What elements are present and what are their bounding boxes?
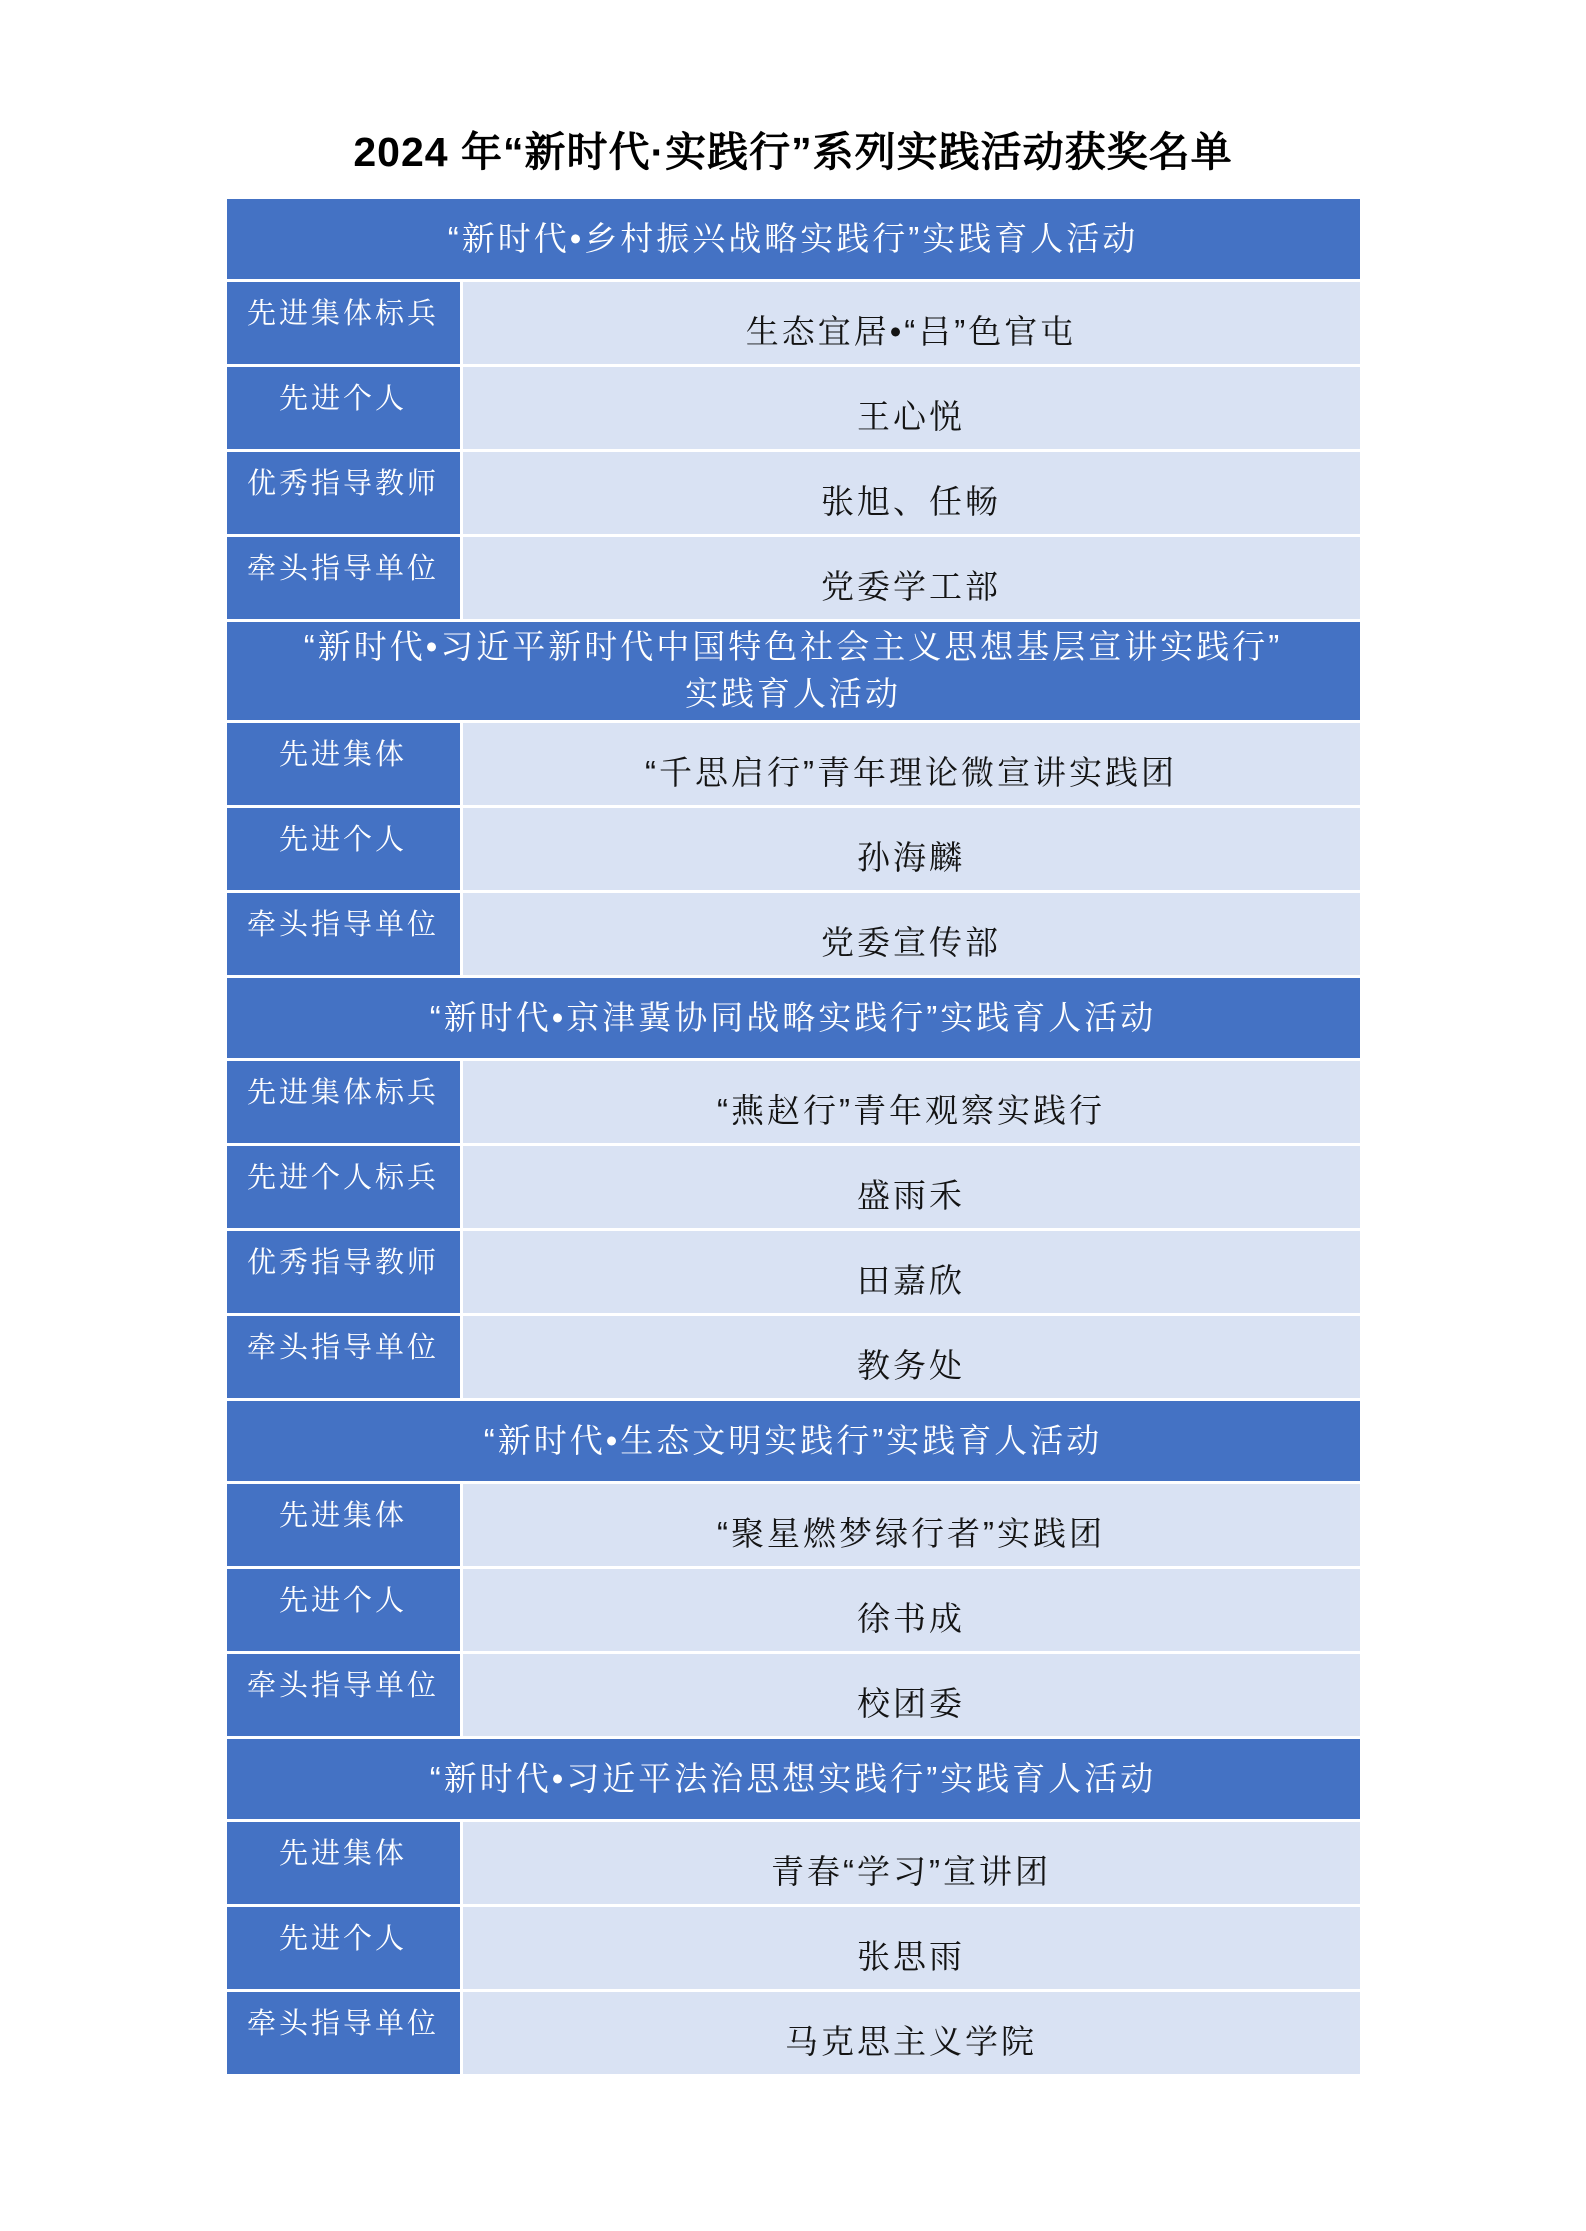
document-page: 2024 年“新时代·实践行”系列实践活动获奖名单 “新时代•乡村振兴战略实践行… <box>0 0 1586 2231</box>
award-category-label: 先进个人 <box>227 1907 460 1989</box>
award-winner-value: 青春“学习”宣讲团 <box>463 1822 1360 1904</box>
award-category-label: 优秀指导教师 <box>227 452 460 534</box>
document-title: 2024 年“新时代·实践行”系列实践活动获奖名单 <box>0 0 1586 179</box>
section-header: “新时代•习近平新时代中国特色社会主义思想基层宣讲实践行”实践育人活动 <box>227 622 1360 720</box>
table-row: 牵头指导单位教务处 <box>227 1316 1360 1398</box>
award-winner-value: 生态宜居•“吕”色官屯 <box>463 282 1360 364</box>
award-winner-value: 张旭、任畅 <box>463 452 1360 534</box>
award-category-label: 牵头指导单位 <box>227 1654 460 1736</box>
section-header: “新时代•京津冀协同战略实践行”实践育人活动 <box>227 978 1360 1058</box>
table-row: 优秀指导教师张旭、任畅 <box>227 452 1360 534</box>
award-category-label: 牵头指导单位 <box>227 893 460 975</box>
section-header: “新时代•乡村振兴战略实践行”实践育人活动 <box>227 199 1360 279</box>
table-row: 先进个人王心悦 <box>227 367 1360 449</box>
award-category-label: 先进个人 <box>227 367 460 449</box>
award-winner-value: 校团委 <box>463 1654 1360 1736</box>
table-row: 先进个人徐书成 <box>227 1569 1360 1651</box>
table-row: 先进集体“千思启行”青年理论微宣讲实践团 <box>227 723 1360 805</box>
table-row: 牵头指导单位党委宣传部 <box>227 893 1360 975</box>
section-header-line: “新时代•乡村振兴战略实践行”实践育人活动 <box>448 216 1139 263</box>
section-header-line: “新时代•生态文明实践行”实践育人活动 <box>484 1418 1103 1465</box>
award-category-label: 先进集体 <box>227 723 460 805</box>
award-category-label: 先进集体标兵 <box>227 1061 460 1143</box>
table-row: 先进集体标兵生态宜居•“吕”色官屯 <box>227 282 1360 364</box>
award-winner-value: 田嘉欣 <box>463 1231 1360 1313</box>
award-category-label: 优秀指导教师 <box>227 1231 460 1313</box>
table-row: 先进个人孙海麟 <box>227 808 1360 890</box>
award-winner-value: 马克思主义学院 <box>463 1992 1360 2074</box>
table-row: 先进集体“聚星燃梦绿行者”实践团 <box>227 1484 1360 1566</box>
table-row: 先进个人张思雨 <box>227 1907 1360 1989</box>
award-category-label: 先进集体 <box>227 1484 460 1566</box>
awards-table: “新时代•乡村振兴战略实践行”实践育人活动先进集体标兵生态宜居•“吕”色官屯先进… <box>227 199 1360 2074</box>
table-row: 牵头指导单位党委学工部 <box>227 537 1360 619</box>
award-winner-value: 教务处 <box>463 1316 1360 1398</box>
award-category-label: 先进个人标兵 <box>227 1146 460 1228</box>
award-category-label: 先进集体标兵 <box>227 282 460 364</box>
award-winner-value: 王心悦 <box>463 367 1360 449</box>
award-category-label: 牵头指导单位 <box>227 537 460 619</box>
award-winner-value: “燕赵行”青年观察实践行 <box>463 1061 1360 1143</box>
table-row: 优秀指导教师田嘉欣 <box>227 1231 1360 1313</box>
award-winner-value: 党委学工部 <box>463 537 1360 619</box>
section-header-line: “新时代•京津冀协同战略实践行”实践育人活动 <box>430 995 1157 1042</box>
award-winner-value: 党委宣传部 <box>463 893 1360 975</box>
table-row: 牵头指导单位校团委 <box>227 1654 1360 1736</box>
section-header-line: “新时代•习近平法治思想实践行”实践育人活动 <box>430 1756 1157 1803</box>
table-row: 先进个人标兵盛雨禾 <box>227 1146 1360 1228</box>
section-header-line: 实践育人活动 <box>685 671 901 718</box>
award-winner-value: 徐书成 <box>463 1569 1360 1651</box>
section-header: “新时代•生态文明实践行”实践育人活动 <box>227 1401 1360 1481</box>
section-header: “新时代•习近平法治思想实践行”实践育人活动 <box>227 1739 1360 1819</box>
award-winner-value: 盛雨禾 <box>463 1146 1360 1228</box>
table-row: 先进集体标兵“燕赵行”青年观察实践行 <box>227 1061 1360 1143</box>
award-winner-value: “聚星燃梦绿行者”实践团 <box>463 1484 1360 1566</box>
award-winner-value: 张思雨 <box>463 1907 1360 1989</box>
table-row: 先进集体青春“学习”宣讲团 <box>227 1822 1360 1904</box>
award-winner-value: “千思启行”青年理论微宣讲实践团 <box>463 723 1360 805</box>
award-category-label: 先进个人 <box>227 808 460 890</box>
section-header-line: “新时代•习近平新时代中国特色社会主义思想基层宣讲实践行” <box>304 624 1283 671</box>
award-category-label: 先进集体 <box>227 1822 460 1904</box>
award-category-label: 先进个人 <box>227 1569 460 1651</box>
award-category-label: 牵头指导单位 <box>227 1992 460 2074</box>
award-winner-value: 孙海麟 <box>463 808 1360 890</box>
award-category-label: 牵头指导单位 <box>227 1316 460 1398</box>
table-row: 牵头指导单位马克思主义学院 <box>227 1992 1360 2074</box>
